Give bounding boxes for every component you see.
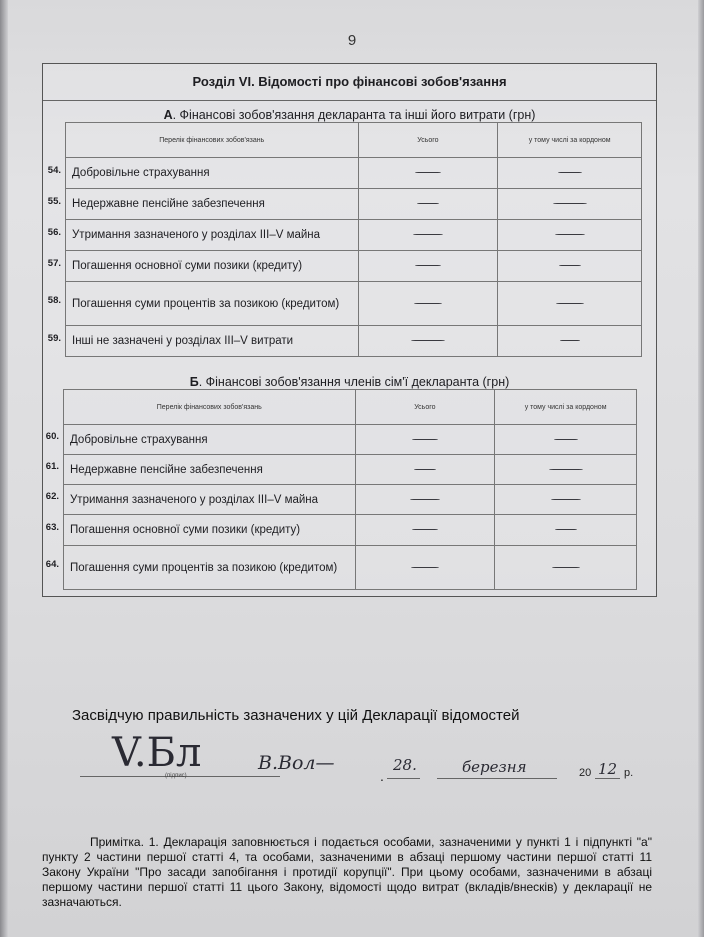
total-value-cell[interactable] [358, 282, 498, 326]
total-value-cell[interactable] [358, 220, 498, 251]
abroad-value-cell[interactable] [498, 282, 642, 326]
total-value-cell[interactable] [355, 485, 495, 515]
handwritten-dash [413, 234, 443, 235]
row-number: 58. [37, 295, 61, 306]
dot-separator: . [380, 768, 384, 784]
footnote: Примітка. 1. Декларація заповнюється і п… [42, 835, 652, 910]
handwritten-dash [552, 567, 580, 568]
row-number: 57. [37, 258, 61, 269]
handwritten-dash [549, 469, 583, 470]
handwritten-dash [558, 172, 582, 173]
page-edge [698, 0, 704, 937]
table-row: Недержавне пенсійне забезпечення [64, 455, 637, 485]
table-row: Погашення основної суми позики (кредиту) [66, 251, 642, 282]
table-row: Інші не зазначені у розділах III–V витра… [66, 326, 642, 357]
part-a-title-text: . Фінансові зобов'язання декларанта та і… [173, 108, 536, 122]
handwritten-dash [412, 529, 438, 530]
obligation-label: Добровільне страхування [64, 425, 356, 455]
row-number: 62. [35, 491, 59, 502]
total-value-cell[interactable] [358, 251, 498, 282]
part-a-letter: А [164, 108, 173, 122]
row-number: 61. [35, 461, 59, 472]
part-a-title: А. Фінансові зобов'язання декларанта та … [43, 108, 656, 122]
table-row: Погашення суми процентів за позикою (кре… [66, 282, 642, 326]
year-abbrev: р. [624, 767, 633, 779]
section-title: Розділ VI. Відомості про фінансові зобов… [43, 64, 656, 101]
table-row: Добровільне страхування [66, 158, 642, 189]
handwritten-dash [555, 529, 577, 530]
year-prefix: 20 [579, 767, 591, 779]
footnote-text: Примітка. 1. Декларація заповнюється і п… [42, 835, 652, 910]
total-value-cell[interactable] [355, 425, 495, 455]
page-number: 9 [0, 32, 704, 49]
obligation-label: Утримання зазначеного у розділах III–V м… [66, 220, 359, 251]
abroad-value-cell[interactable] [495, 515, 637, 546]
handwritten-month[interactable]: березня [462, 758, 527, 776]
handwritten-name[interactable]: В.Вол— [258, 752, 335, 774]
abroad-value-cell[interactable] [495, 425, 637, 455]
handwritten-year[interactable]: 12 [598, 760, 617, 778]
part-b-title: Б. Фінансові зобов'язання членів сім'ї д… [43, 375, 656, 389]
abroad-value-cell[interactable] [495, 455, 637, 485]
handwritten-dash [411, 567, 439, 568]
column-header-total: Усього [355, 390, 495, 425]
signature[interactable]: V.Бл [112, 730, 201, 776]
abroad-value-cell[interactable] [495, 485, 637, 515]
signature-caption: (підпис) [165, 773, 187, 779]
abroad-value-cell[interactable] [498, 189, 642, 220]
handwritten-dash [414, 303, 442, 304]
page-edge [0, 0, 8, 937]
year-line [595, 778, 620, 779]
obligation-label: Погашення суми процентів за позикою (кре… [64, 546, 356, 590]
total-value-cell[interactable] [358, 189, 498, 220]
obligation-label: Погашення основної суми позики (кредиту) [66, 251, 359, 282]
total-value-cell[interactable] [355, 455, 495, 485]
table-row: Утримання зазначеного у розділах III–V м… [64, 485, 637, 515]
handwritten-dash [556, 303, 584, 304]
handwritten-day[interactable]: 28. [393, 756, 417, 774]
obligation-label: Недержавне пенсійне забезпечення [66, 189, 359, 220]
abroad-value-cell[interactable] [498, 220, 642, 251]
row-number: 54. [37, 165, 61, 176]
handwritten-dash [415, 265, 441, 266]
total-value-cell[interactable] [358, 158, 498, 189]
row-number: 64. [35, 559, 59, 570]
row-number: 59. [37, 333, 61, 344]
part-b-letter: Б [190, 375, 199, 389]
row-number: 60. [35, 431, 59, 442]
table-row: Недержавне пенсійне забезпечення [66, 189, 642, 220]
total-value-cell[interactable] [355, 515, 495, 546]
handwritten-dash [555, 234, 585, 235]
part-b-title-text: . Фінансові зобов'язання членів сім'ї де… [199, 375, 510, 389]
row-number: 63. [35, 522, 59, 533]
table-row: Утримання зазначеного у розділах III–V м… [66, 220, 642, 251]
handwritten-dash [554, 439, 578, 440]
handwritten-dash [411, 340, 445, 341]
obligation-label: Добровільне страхування [66, 158, 359, 189]
row-number: 56. [37, 227, 61, 238]
handwritten-dash [553, 203, 587, 204]
abroad-value-cell[interactable] [498, 251, 642, 282]
abroad-value-cell[interactable] [498, 158, 642, 189]
row-number: 55. [37, 196, 61, 207]
handwritten-dash [551, 499, 581, 500]
column-header-list: Перелік фінансових зобов'язань [64, 390, 356, 425]
obligation-label: Інші не зазначені у розділах III–V витра… [66, 326, 359, 357]
handwritten-dash [417, 203, 439, 204]
total-value-cell[interactable] [358, 326, 498, 357]
part-a-table: Перелік фінансових зобов'язань Усього у … [65, 122, 642, 357]
column-header-list: Перелік фінансових зобов'язань [66, 123, 359, 158]
handwritten-dash [415, 172, 441, 173]
attestation-text: Засвідчую правильність зазначених у цій … [72, 707, 519, 724]
month-line [437, 778, 557, 779]
part-b-table: Перелік фінансових зобов'язань Усього у … [63, 389, 637, 590]
abroad-value-cell[interactable] [498, 326, 642, 357]
handwritten-dash [412, 439, 438, 440]
column-header-abroad: у тому числі за кордоном [498, 123, 642, 158]
handwritten-dash [559, 265, 581, 266]
table-row: Погашення суми процентів за позикою (кре… [64, 546, 637, 590]
total-value-cell[interactable] [355, 546, 495, 590]
section-vi-box: Розділ VI. Відомості про фінансові зобов… [42, 63, 657, 597]
handwritten-dash [410, 499, 440, 500]
table-row: Добровільне страхування [64, 425, 637, 455]
obligation-label: Утримання зазначеного у розділах III–V м… [64, 485, 356, 515]
obligation-label: Погашення основної суми позики (кредиту) [64, 515, 356, 546]
abroad-value-cell[interactable] [495, 546, 637, 590]
table-row: Погашення основної суми позики (кредиту) [64, 515, 637, 546]
column-header-abroad: у тому числі за кордоном [495, 390, 637, 425]
handwritten-dash [560, 340, 580, 341]
obligation-label: Погашення суми процентів за позикою (кре… [66, 282, 359, 326]
column-header-total: Усього [358, 123, 498, 158]
obligation-label: Недержавне пенсійне забезпечення [64, 455, 356, 485]
handwritten-dash [414, 469, 436, 470]
day-line [387, 778, 420, 779]
